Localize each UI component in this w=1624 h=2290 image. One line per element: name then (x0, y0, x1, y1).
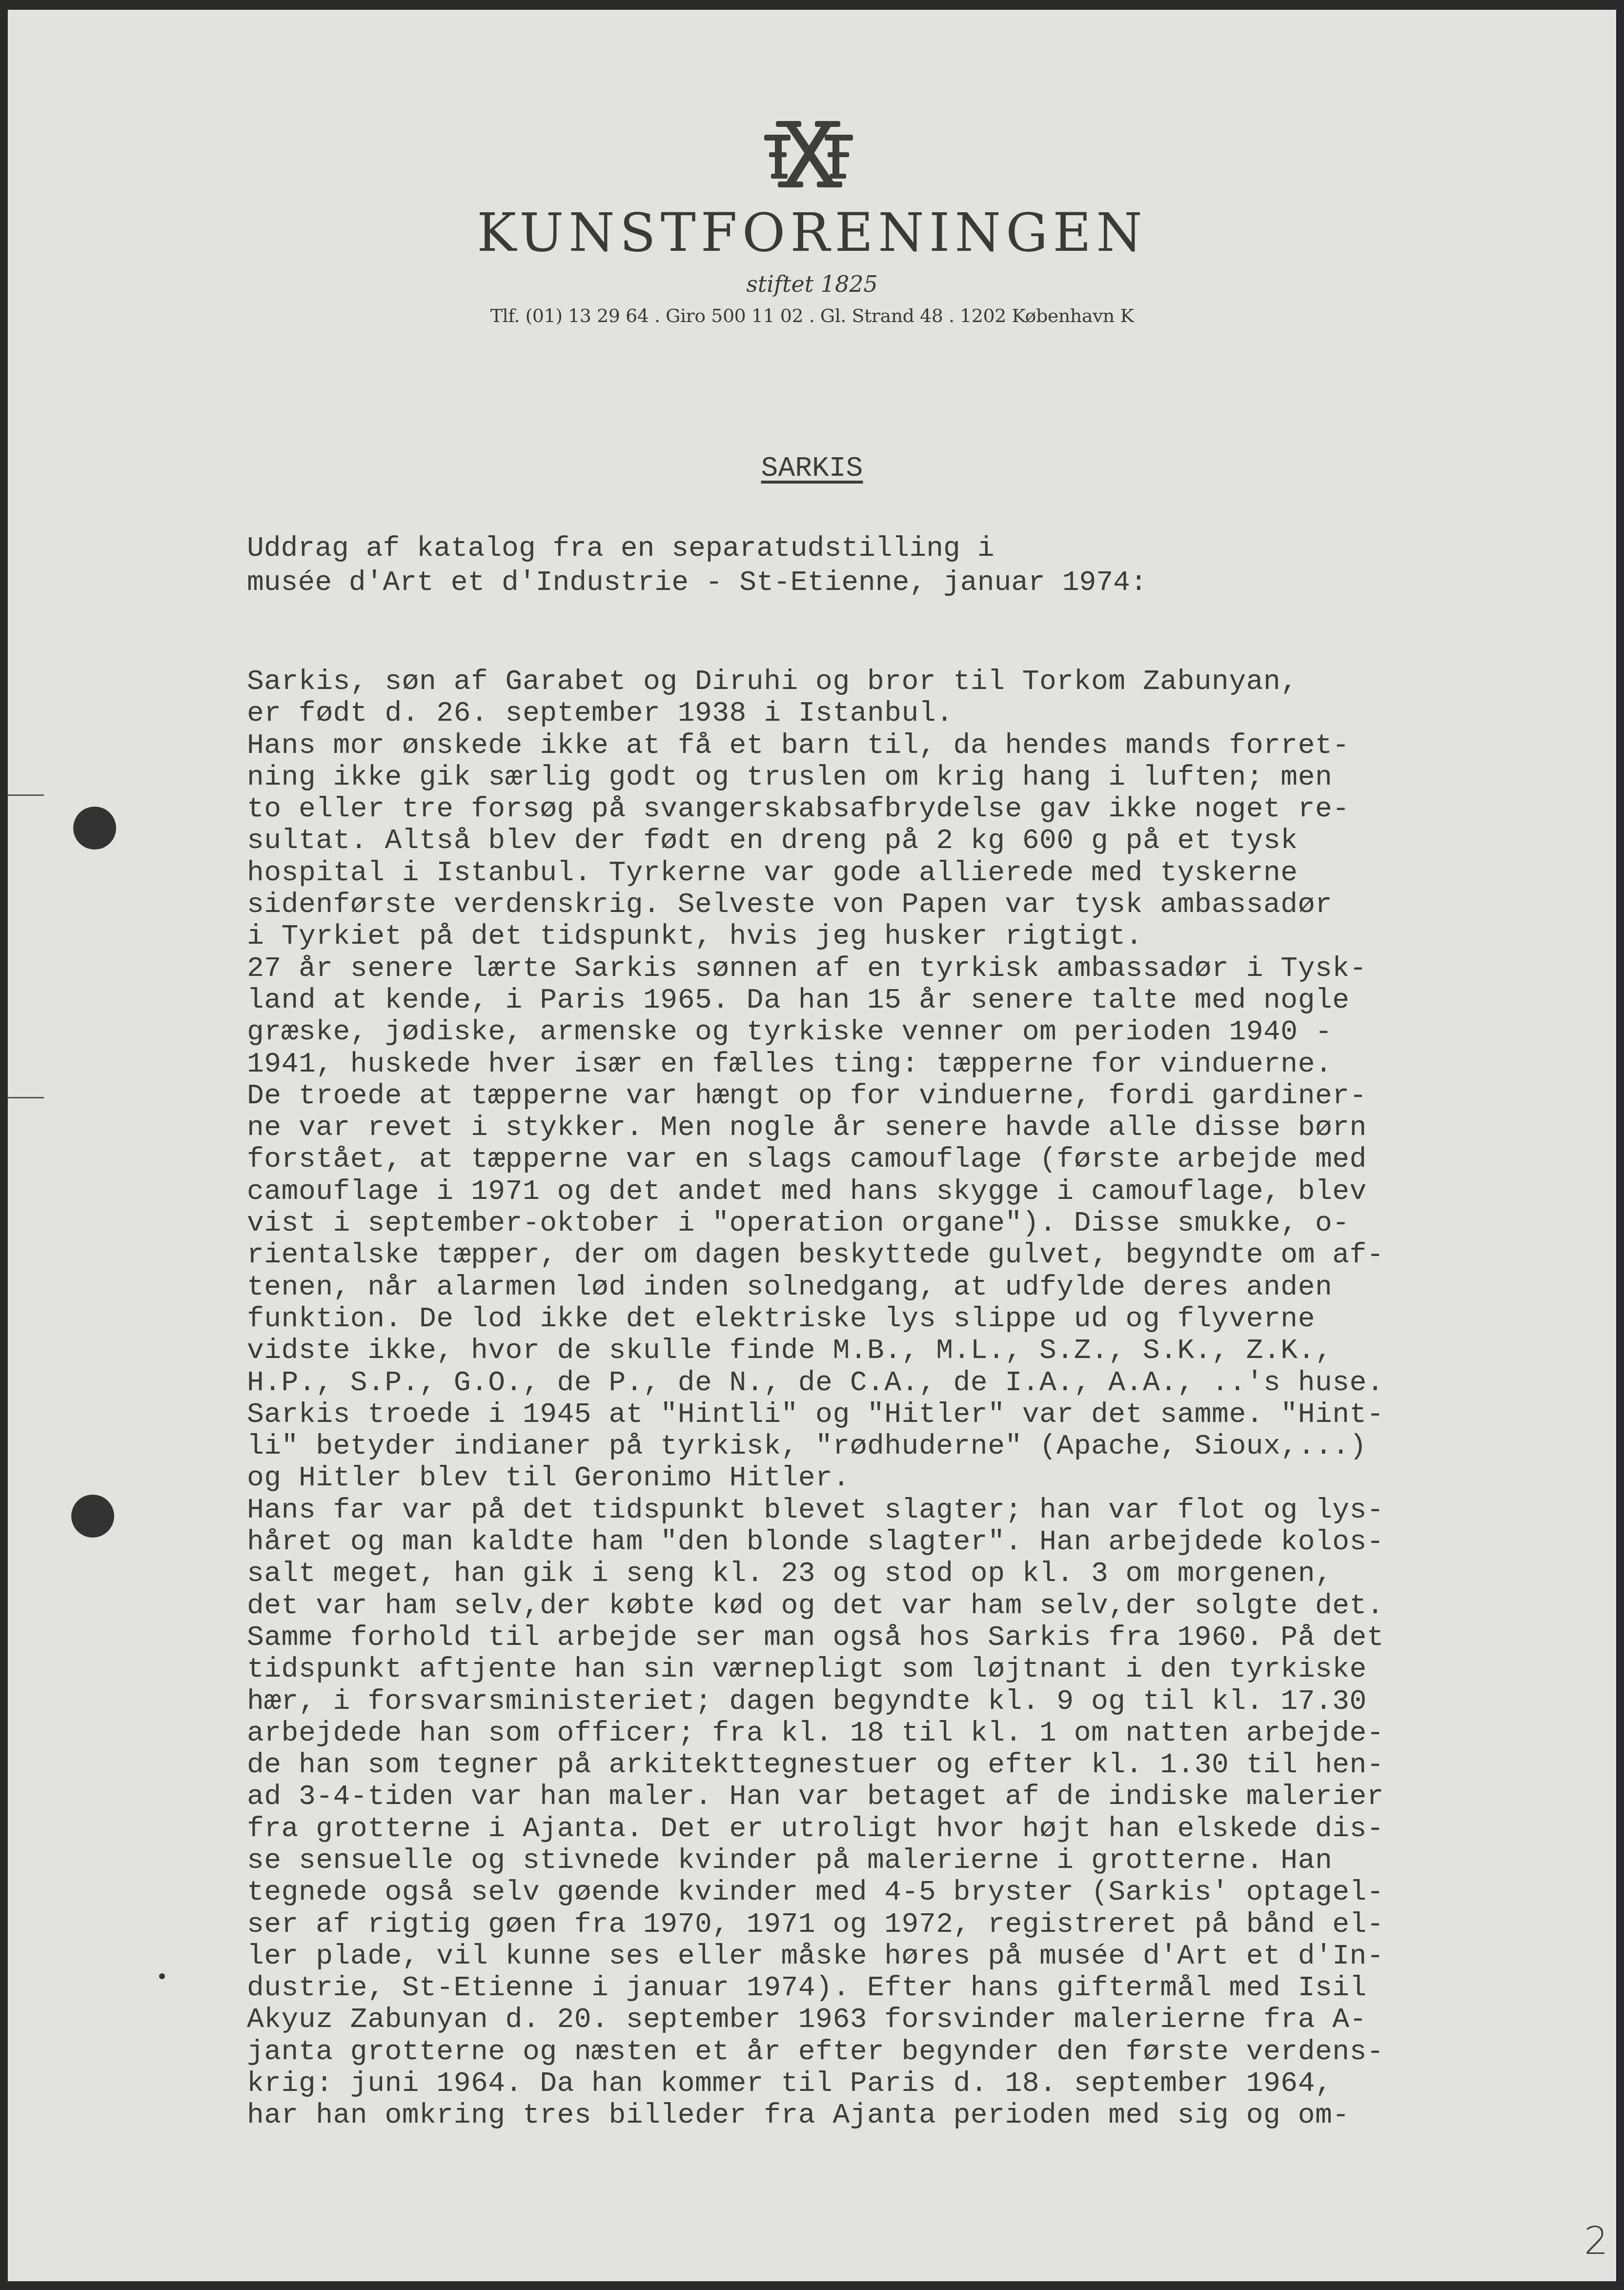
body-line: li" betyder indianer på tyrkisk, "rødhud… (247, 1431, 1384, 1462)
body-line: sidenførste verdenskrig. Selveste von Pa… (247, 889, 1384, 921)
body-line: er født d. 26. september 1938 i Istanbul… (247, 698, 1384, 730)
body-text: Sarkis, søn af Garabet og Diruhi og bror… (247, 666, 1384, 2132)
kf-monogram-icon (762, 117, 855, 190)
body-line: se sensuelle og stivnede kvinder på male… (247, 1845, 1384, 1877)
body-line: funktion. De lod ikke det elektriske lys… (247, 1303, 1384, 1335)
intro-line: Uddrag af katalog fra en separatudstilli… (247, 533, 994, 565)
body-line: de han som tegner på arkitekttegnestuer … (247, 1749, 1384, 1781)
body-line: ning ikke gik særlig godt og truslen om … (247, 762, 1384, 793)
margin-fold-mark (8, 794, 44, 796)
body-line: Hans mor ønskede ikke at få et barn til,… (247, 730, 1384, 762)
body-line: forstået, at tæpperne var en slags camou… (247, 1144, 1384, 1175)
body-line: tegnede også selv gøende kvinder med 4-5… (247, 1877, 1384, 1908)
organization-name: KUNSTFORENINGEN (8, 203, 1616, 263)
body-line: hospital i Istanbul. Tyrkerne var gode a… (247, 857, 1384, 889)
document-page: KUNSTFORENINGEN stiftet 1825 Tlf. (01) 1… (8, 10, 1618, 2281)
body-line: ler plade, vil kunne ses eller måske hør… (247, 1941, 1384, 1972)
body-line: Hans far var på det tidspunkt blevet sla… (247, 1495, 1384, 1526)
body-line: janta grotterne og næsten et år efter be… (247, 2036, 1384, 2068)
body-line: hær, i forsvarsministeriet; dagen begynd… (247, 1686, 1384, 1718)
intro-line: musée d'Art et d'Industrie - St-Etienne,… (247, 567, 1147, 599)
body-line: tidspunkt aftjente han sin værnepligt so… (247, 1654, 1384, 1685)
page-number: 2 (1584, 2219, 1608, 2263)
body-line: og Hitler blev til Geronimo Hitler. (247, 1462, 1384, 1494)
body-line: rientalske tæpper, der om dagen beskytte… (247, 1239, 1384, 1271)
body-line: dustrie, St-Etienne i januar 1974). Efte… (247, 1972, 1384, 2004)
body-line: vist i september-oktober i "operation or… (247, 1208, 1384, 1239)
body-line: land at kende, i Paris 1965. Da han 15 å… (247, 985, 1384, 1016)
body-line: tenen, når alarmen lød inden solnedgang,… (247, 1272, 1384, 1303)
margin-fold-mark (8, 1097, 44, 1098)
body-line: De troede at tæpperne var hængt op for v… (247, 1080, 1384, 1112)
body-line: Sarkis troede i 1945 at "Hintli" og "Hit… (247, 1399, 1384, 1431)
body-line: Samme forhold til arbejde ser man også h… (247, 1622, 1384, 1654)
body-line: i Tyrkiet på det tidspunkt, hvis jeg hus… (247, 921, 1384, 952)
body-line: krig: juni 1964. Da han kommer til Paris… (247, 2068, 1384, 2100)
punch-hole (73, 807, 116, 850)
body-line: Akyuz Zabunyan d. 20. september 1963 for… (247, 2004, 1384, 2036)
body-line: ad 3-4-tiden var han maler. Han var beta… (247, 1781, 1384, 1813)
body-line: det var ham selv,der købte kød og det va… (247, 1590, 1384, 1622)
body-line: ser af rigtig gøen fra 1970, 1971 og 197… (247, 1909, 1384, 1941)
punch-hole (71, 1495, 114, 1538)
body-line: arbejdede han som officer; fra kl. 18 ti… (247, 1718, 1384, 1749)
body-line: har han omkring tres billeder fra Ajanta… (247, 2100, 1384, 2131)
body-line: græske, jødiske, armenske og tyrkiske ve… (247, 1016, 1384, 1048)
body-line: sultat. Altså blev der født en dreng på … (247, 825, 1384, 857)
body-line: camouflage i 1971 og det andet med hans … (247, 1176, 1384, 1208)
ink-speck (159, 1973, 165, 1979)
intro-paragraph: Uddrag af katalog fra en separatudstilli… (247, 532, 1147, 600)
body-line: vidste ikke, hvor de skulle finde M.B., … (247, 1335, 1384, 1367)
contact-info: Tlf. (01) 13 29 64 . Giro 500 11 02 . Gl… (8, 305, 1616, 326)
body-line: ne var revet i stykker. Men nogle år sen… (247, 1112, 1384, 1144)
body-line: 27 år senere lærte Sarkis sønnen af en t… (247, 953, 1384, 985)
body-line: fra grotterne i Ajanta. Det er utroligt … (247, 1813, 1384, 1845)
body-line: 1941, huskede hver især en fælles ting: … (247, 1049, 1384, 1080)
body-line: håret og man kaldte ham "den blonde slag… (247, 1526, 1384, 1558)
body-line: H.P., S.P., G.O., de P., de N., de C.A.,… (247, 1367, 1384, 1399)
body-line: salt meget, han gik i seng kl. 23 og sto… (247, 1558, 1384, 1590)
body-line: to eller tre forsøg på svangerskabsafbry… (247, 793, 1384, 825)
founded-year: stiftet 1825 (8, 271, 1616, 297)
document-title: SARKIS (8, 453, 1616, 485)
body-line: Sarkis, søn af Garabet og Diruhi og bror… (247, 666, 1384, 698)
